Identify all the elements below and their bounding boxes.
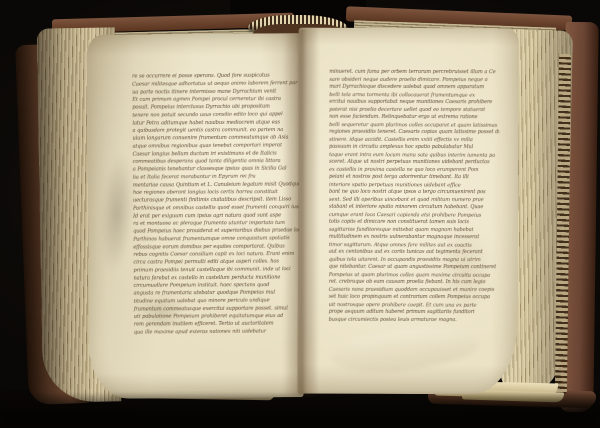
text-line: a quibusdam protegit uentis castra commu… [132, 127, 298, 136]
text-line: peiani et nostros post terga adorirentur… [329, 174, 499, 182]
text-line: cumque erant loca Caesari capienda etsi … [329, 211, 499, 219]
text-line: que nitebantur. Caesar ut quam angustiss… [329, 264, 499, 272]
text-line: Caesaris nona praesidium quoddam occupau… [329, 286, 499, 294]
text-line: titudine equitum ualebat quo minore peri… [134, 297, 300, 306]
text-line: sent. Sed illi operibus uincebant et quo… [329, 196, 499, 204]
text-line: taque erant intra eum locum manu sata qu… [329, 151, 499, 159]
text-line: rebus cognitis Caesar consilium capit ex… [133, 251, 299, 260]
text-line: tenere non potuit secundo usus consilio … [132, 111, 298, 120]
text-line: atque omnibus regionibus quas tenebat co… [133, 142, 299, 151]
text-line: uti pabulatione Pompeium prohiberet equi… [134, 313, 300, 322]
text-line: stabant et interiore spatio minorem circ… [329, 204, 499, 212]
text-line: ex castellis in proxima castella ne quo … [329, 166, 499, 174]
text-line: commeatibus desperans quod tanta diligen… [133, 158, 299, 167]
text-line: sare obsideri neque audere proelio dimic… [329, 76, 499, 84]
text-line: quibus tela uitarent. In occupandis prae… [329, 256, 499, 264]
text-line: lia et Italia fecerat morabantur in Epyr… [133, 173, 299, 182]
text-line: mari Dyrrachioque discedere uolebat quod… [329, 84, 499, 92]
text-line: multitudinem ex nostris uulnerabantur ma… [329, 234, 499, 242]
text-line: stinere. idque accidit. Castellis enim x… [329, 136, 499, 144]
bottom-shadow [0, 392, 600, 428]
text-line: Caesar militesque adhortatus ut aequo an… [132, 80, 298, 89]
text-line: primum praesidiis tenuit castellaque ibi… [133, 266, 299, 275]
text-line: Parthinisque et omnibus castellis quod e… [133, 204, 299, 213]
text-line: qua ille maxime apud exteras nationes ni… [134, 328, 300, 337]
text-line: non esse faciendum. Relinquebatur ergo u… [329, 114, 499, 122]
text-line: passuum in circuitu amplexus hoc spatio … [329, 144, 499, 152]
text-line: belli sequeretur quam plurimos colles oc… [329, 121, 499, 129]
text-line: ra et montuosa ac pleraque frumento utun… [133, 220, 299, 229]
text-line: hae regiones aberant longius locis certi… [133, 189, 299, 198]
text-line: timor sagittarum. Atque omnes fere milit… [329, 241, 499, 249]
text-line: sagittarios funditoresque mittebat quam … [329, 226, 499, 234]
text-line: poterat nisi proelio decertare uellet qu… [329, 106, 499, 114]
text-line: set huic loco propinquum et contrarium c… [329, 294, 499, 302]
text-line: belli tela arma tormenta ibi collocauera… [329, 91, 499, 99]
text-line: minueret. cum fama per orbem terrarum pe… [329, 69, 499, 77]
text-line: Pompeius ut quam plurimos colles quam ma… [329, 271, 499, 279]
manuscript-photo: re se occurrere ei posse sperans. Quod f… [0, 0, 600, 428]
text-line: busque circumiectis postea leuis armatur… [329, 316, 499, 324]
text-line: Parthinos habuerat frumentumque omne con… [133, 235, 299, 244]
text-line: interiore spatio perpetuas munitiones ui… [329, 181, 499, 189]
text-line: Et cum primum agmen Pompei procul cerner… [132, 96, 298, 105]
right-page-text-block: minueret. cum fama per orbem terrarum pe… [329, 69, 500, 324]
left-page-text-block: re se occurrere ei posse sperans. Quod f… [132, 72, 300, 337]
text-line: circumuallare Pompeium instituit. haec s… [134, 282, 300, 291]
text-line: uit nostrosque opere prohibere coepit. E… [329, 301, 499, 309]
gutter-shadow [283, 28, 319, 396]
